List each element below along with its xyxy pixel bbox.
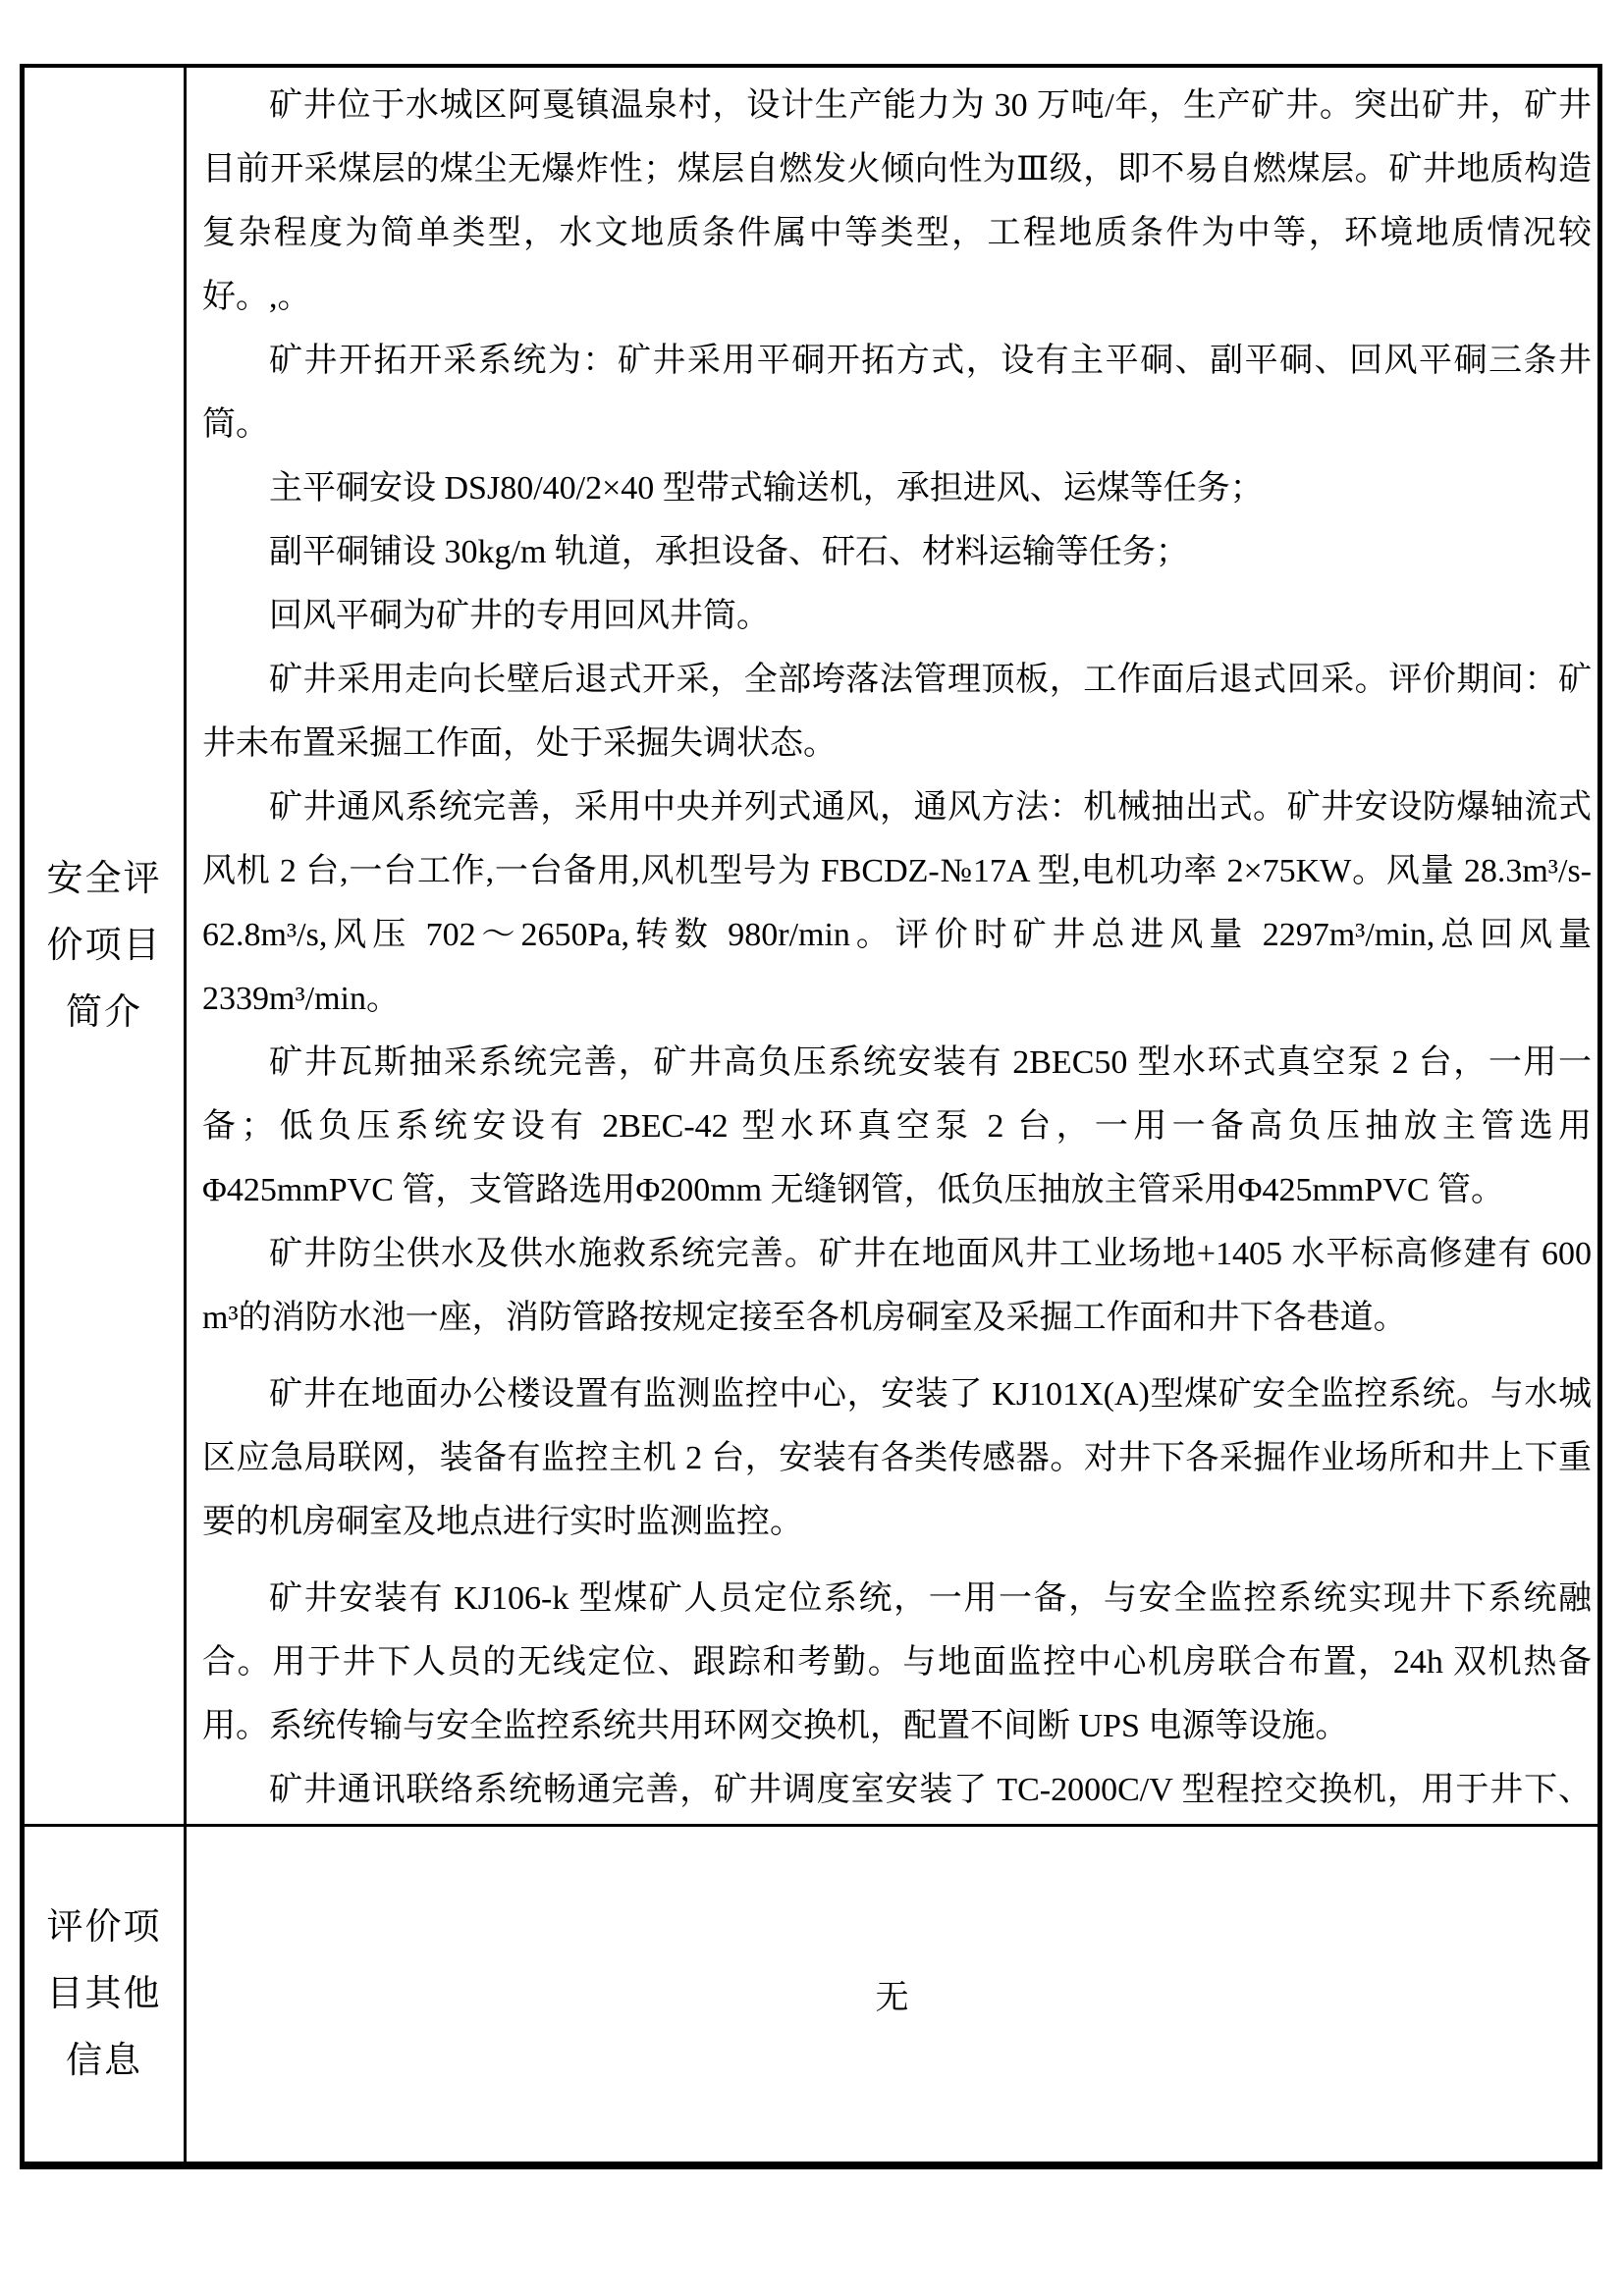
paragraph-monitoring-system: 矿井在地面办公楼设置有监测监控中心，安装了 KJ101X(A)型煤矿安全监控系统… [202, 1362, 1592, 1554]
paragraph-ventilation-system: 矿井通风系统完善，采用中央并列式通风，通风方法：机械抽出式。矿井安设防爆轴流式风… [202, 775, 1592, 1031]
table-row-other-info: 评价项 目其他 信息 无 [25, 1827, 1597, 2162]
row-header-other-info: 评价项 目其他 信息 [25, 1827, 187, 2162]
paragraph-gas-drainage-system: 矿井瓦斯抽采系统完善，矿井高负压系统安装有 2BEC50 型水环式真空泵 2 台… [202, 1031, 1592, 1222]
document-page: 安全评 价项目 简介 矿井位于水城区阿戛镇温泉村，设计生产能力为 30 万吨/年… [0, 0, 1624, 2296]
row-header-other-info-line: 评价项 [47, 1895, 162, 1961]
table-row-intro: 安全评 价项目 简介 矿井位于水城区阿戛镇温泉村，设计生产能力为 30 万吨/年… [25, 68, 1597, 1827]
row-header-intro-line: 安全评 [47, 846, 162, 913]
paragraph-auxiliary-adit: 副平硐铺设 30kg/m 轨道，承担设备、矸石、材料运输等任务； [202, 520, 1592, 584]
intro-content: 矿井位于水城区阿戛镇温泉村，设计生产能力为 30 万吨/年，生产矿井。突出矿井，… [187, 68, 1597, 1824]
row-header-intro-line: 简介 [66, 980, 142, 1046]
evaluation-table: 安全评 价项目 简介 矿井位于水城区阿戛镇温泉村，设计生产能力为 30 万吨/年… [20, 64, 1602, 2169]
paragraph-communication-system: 矿井通讯联络系统畅通完善，矿井调度室安装了 TC-2000C/V 型程控交换机，… [202, 1758, 1592, 1824]
paragraph-mining-method: 矿井采用走向长壁后退式开采，全部垮落法管理顶板，工作面后退式回采。评价期间：矿井… [202, 648, 1592, 775]
row-header-other-info-line: 目其他 [47, 1961, 162, 2028]
other-info-content: 无 [187, 1827, 1597, 2162]
row-header-other-info-line: 信息 [66, 2028, 142, 2095]
paragraph-mine-location: 矿井位于水城区阿戛镇温泉村，设计生产能力为 30 万吨/年，生产矿井。突出矿井，… [202, 74, 1592, 329]
paragraph-main-adit: 主平硐安设 DSJ80/40/2×40 型带式输送机，承担进风、运煤等任务； [202, 456, 1592, 520]
paragraph-development-system: 矿井开拓开采系统为：矿井采用平硐开拓方式，设有主平硐、副平硐、回风平硐三条井筒。 [202, 329, 1592, 456]
row-header-intro-line: 价项目 [47, 913, 162, 980]
other-info-none-value: 无 [876, 1970, 909, 2018]
paragraph-personnel-positioning-system: 矿井安装有 KJ106-k 型煤矿人员定位系统，一用一备，与安全监控系统实现井下… [202, 1567, 1592, 1758]
paragraph-return-air-adit: 回风平硐为矿井的专用回风井筒。 [202, 584, 1592, 648]
paragraph-water-supply-system: 矿井防尘供水及供水施救系统完善。矿井在地面风井工业场地+1405 水平标高修建有… [202, 1222, 1592, 1350]
row-header-intro: 安全评 价项目 简介 [25, 68, 187, 1824]
